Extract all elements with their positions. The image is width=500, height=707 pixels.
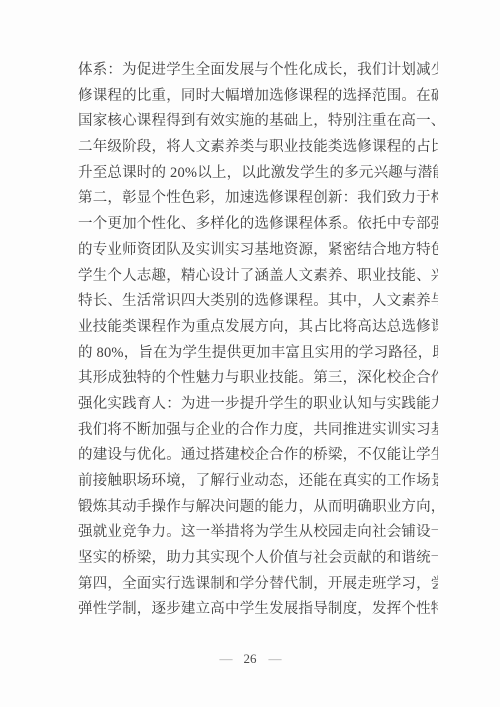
page-footer: — 26 —	[0, 651, 500, 667]
footer-left-dash: —	[220, 651, 232, 667]
text-line: 坚实的桥梁，助力其实现个人价值与社会贡献的和谐统一。	[78, 546, 438, 572]
text-line: 修课程的比重，同时大幅增加选修课程的选择范围。在确保	[78, 84, 438, 110]
text-line: 的专业师资团队及实训实习基地资源，紧密结合地方特色与	[78, 238, 438, 264]
text-line: 的建设与优化。通过搭建校企合作的桥梁，不仅能让学生提	[78, 443, 438, 469]
text-line: 我们将不断加强与企业的合作力度，共同推进实训实习基地	[78, 418, 438, 444]
text-line: 锻炼其动手操作与解决问题的能力，从而明确职业方向，增	[78, 495, 438, 521]
text-line: 弹性学制，逐步建立高中学生发展指导制度，发挥个性特长，	[78, 597, 438, 623]
text-line: 一个更加个性化、多样化的选修课程体系。依托中专部强大	[78, 212, 438, 238]
text-line: 其形成独特的个性魅力与职业技能。第三，深化校企合作，	[78, 366, 438, 392]
text-line: 二年级阶段，将人文素养类与职业技能类选修课程的占比提	[78, 135, 438, 161]
text-line: 前接触职场环境，了解行业动态，还能在真实的工作场景中	[78, 469, 438, 495]
text-line: 国家核心课程得到有效实施的基础上，特别注重在高一、高	[78, 109, 438, 135]
text-line: 第二，彰显个性色彩，加速选修课程创新：我们致力于构建	[78, 186, 438, 212]
page-number: 26	[244, 651, 257, 667]
text-line: 升至总课时的 20%以上，以此激发学生的多元兴趣与潜能。	[78, 161, 438, 187]
text-line: 特长、生活常识四大类别的选修课程。其中，人文素养与职	[78, 289, 438, 315]
text-line: 强化实践育人：为进一步提升学生的职业认知与实践能力，	[78, 392, 438, 418]
text-line: 体系：为促进学生全面发展与个性化成长，我们计划减少必	[78, 58, 438, 84]
text-line: 第四，全面实行选课制和学分替代制，开展走班学习，尝试	[78, 572, 438, 598]
text-line: 学生个人志趣，精心设计了涵盖人文素养、职业技能、兴趣	[78, 264, 438, 290]
document-page: 体系：为促进学生全面发展与个性化成长，我们计划减少必修课程的比重，同时大幅增加选…	[0, 0, 500, 707]
text-line: 的 80%，旨在为学生提供更加丰富且实用的学习路径，助力	[78, 341, 438, 367]
text-line: 业技能类课程作为重点发展方向，其占比将高达总选修课程	[78, 315, 438, 341]
document-body-text: 体系：为促进学生全面发展与个性化成长，我们计划减少必修课程的比重，同时大幅增加选…	[78, 58, 438, 623]
footer-right-dash: —	[269, 651, 281, 667]
text-line: 强就业竞争力。这一举措将为学生从校园走向社会铺设一条	[78, 520, 438, 546]
